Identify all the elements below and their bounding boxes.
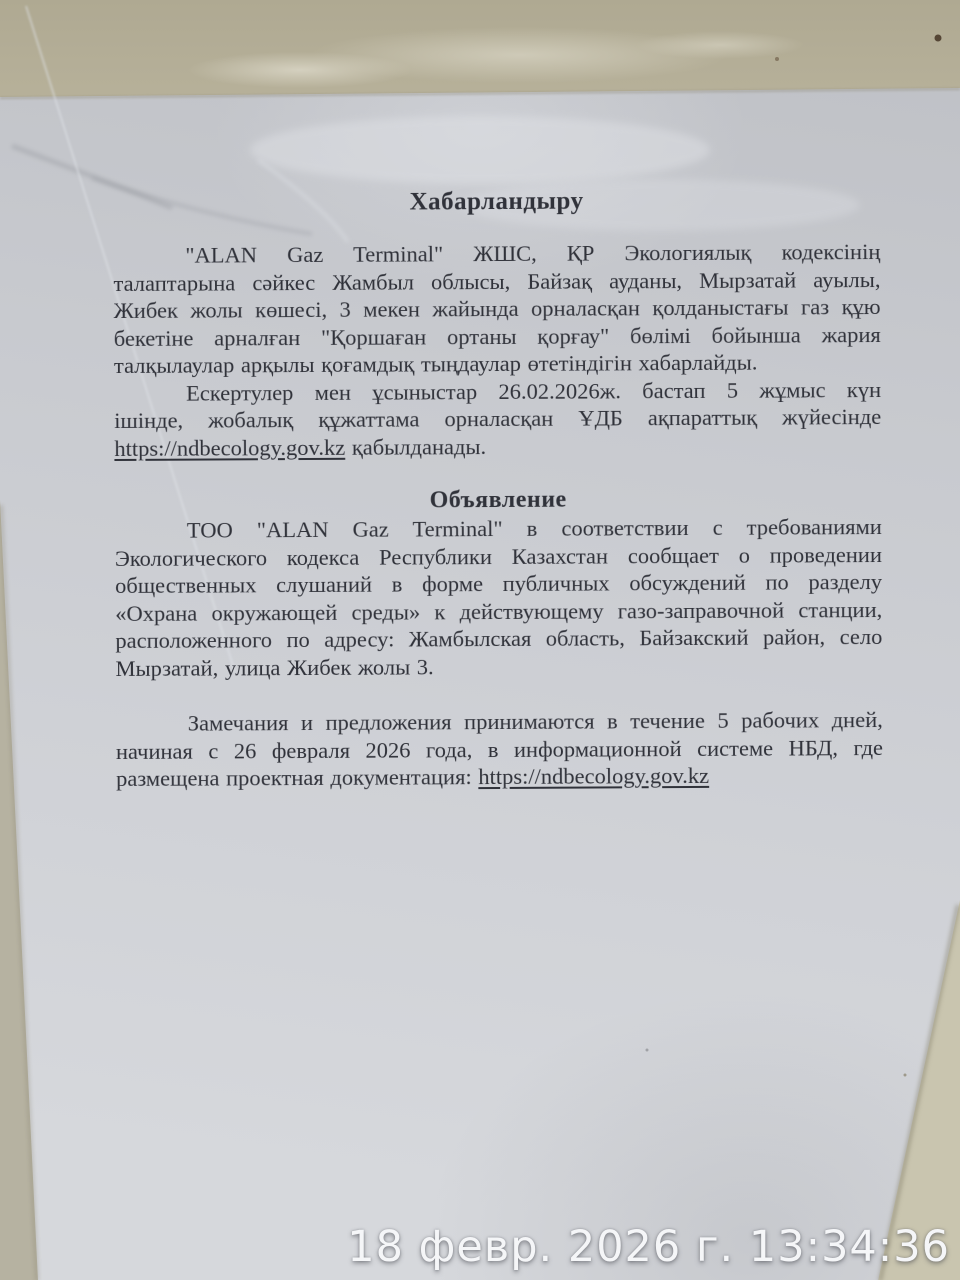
document-line: Замечания и предложения принимаются в те… xyxy=(116,706,883,738)
announcement-title-kk: Хабарландыру xyxy=(113,184,880,220)
announcement-heading-ru: Объявление xyxy=(115,483,882,517)
document-text: Хабарландыру "ALAN Gaz Terminal" ЖШС, ҚР… xyxy=(113,184,883,793)
document-line: Экологического кодекса Республики Казахс… xyxy=(115,540,882,572)
url-text: https://ndbecology.gov.kz xyxy=(114,434,345,460)
document-line: бекетіне арналған "Қоршаған ортаны қорға… xyxy=(114,320,881,352)
wall-speck xyxy=(904,1074,907,1077)
paper-speck xyxy=(646,1049,649,1052)
document-line: общественных слушаний в форме публичных … xyxy=(115,568,882,600)
document-line: Жибек жолы көшесі, 3 мекен жайында орнал… xyxy=(114,293,881,325)
photo-of-announcement: Хабарландыру "ALAN Gaz Terminal" ЖШС, ҚР… xyxy=(0,0,960,1280)
paragraph-kk-1: "ALAN Gaz Terminal" ЖШС, ҚР Экологиялық … xyxy=(113,238,881,380)
url-text: https://ndbecology.gov.kz xyxy=(478,763,709,789)
document-line: ТОО "ALAN Gaz Terminal" в соответствии с… xyxy=(115,513,882,545)
document-line: талаптарына сәйкес Жамбыл облысы, Байзақ… xyxy=(113,265,880,297)
paragraph-ru-1: ТОО "ALAN Gaz Terminal" в соответствии с… xyxy=(115,513,883,682)
document-line: Мырзатай, улица Жибек жолы 3. xyxy=(115,650,882,682)
camera-timestamp: 18 февр. 2026 г. 13:34:36 xyxy=(347,1222,950,1272)
document-line: "ALAN Gaz Terminal" ЖШС, ҚР Экологиялық … xyxy=(113,238,880,270)
wall-speck xyxy=(775,57,779,61)
document-line: талқылаулар арқылы қоғамдық тыңдаулар өт… xyxy=(114,348,881,380)
tape-glare xyxy=(250,116,710,184)
document-line: размещена проектная документация: https:… xyxy=(116,761,883,793)
document-line: расположенного по адресу: Жамбылская обл… xyxy=(115,623,882,655)
paper-top-edge-shadow xyxy=(0,89,960,98)
document-line: начиная с 26 февраля 2026 года, в информ… xyxy=(116,733,883,765)
paragraph-kk-2: Ескертулер мен ұсыныстар 26.02.2026ж. ба… xyxy=(114,375,881,462)
paragraph-ru-2: Замечания и предложения принимаются в те… xyxy=(116,706,883,793)
document-line: Ескертулер мен ұсыныстар 26.02.2026ж. ба… xyxy=(114,375,881,407)
document-line: https://ndbecology.gov.kz қабылданады. xyxy=(114,430,881,462)
document-line: «Охрана окружающей среды» к действующему… xyxy=(115,595,882,627)
wall-speck xyxy=(935,35,942,42)
document-line: ішінде, жобалық құжаттама орналасқан ҰДБ… xyxy=(114,403,881,435)
